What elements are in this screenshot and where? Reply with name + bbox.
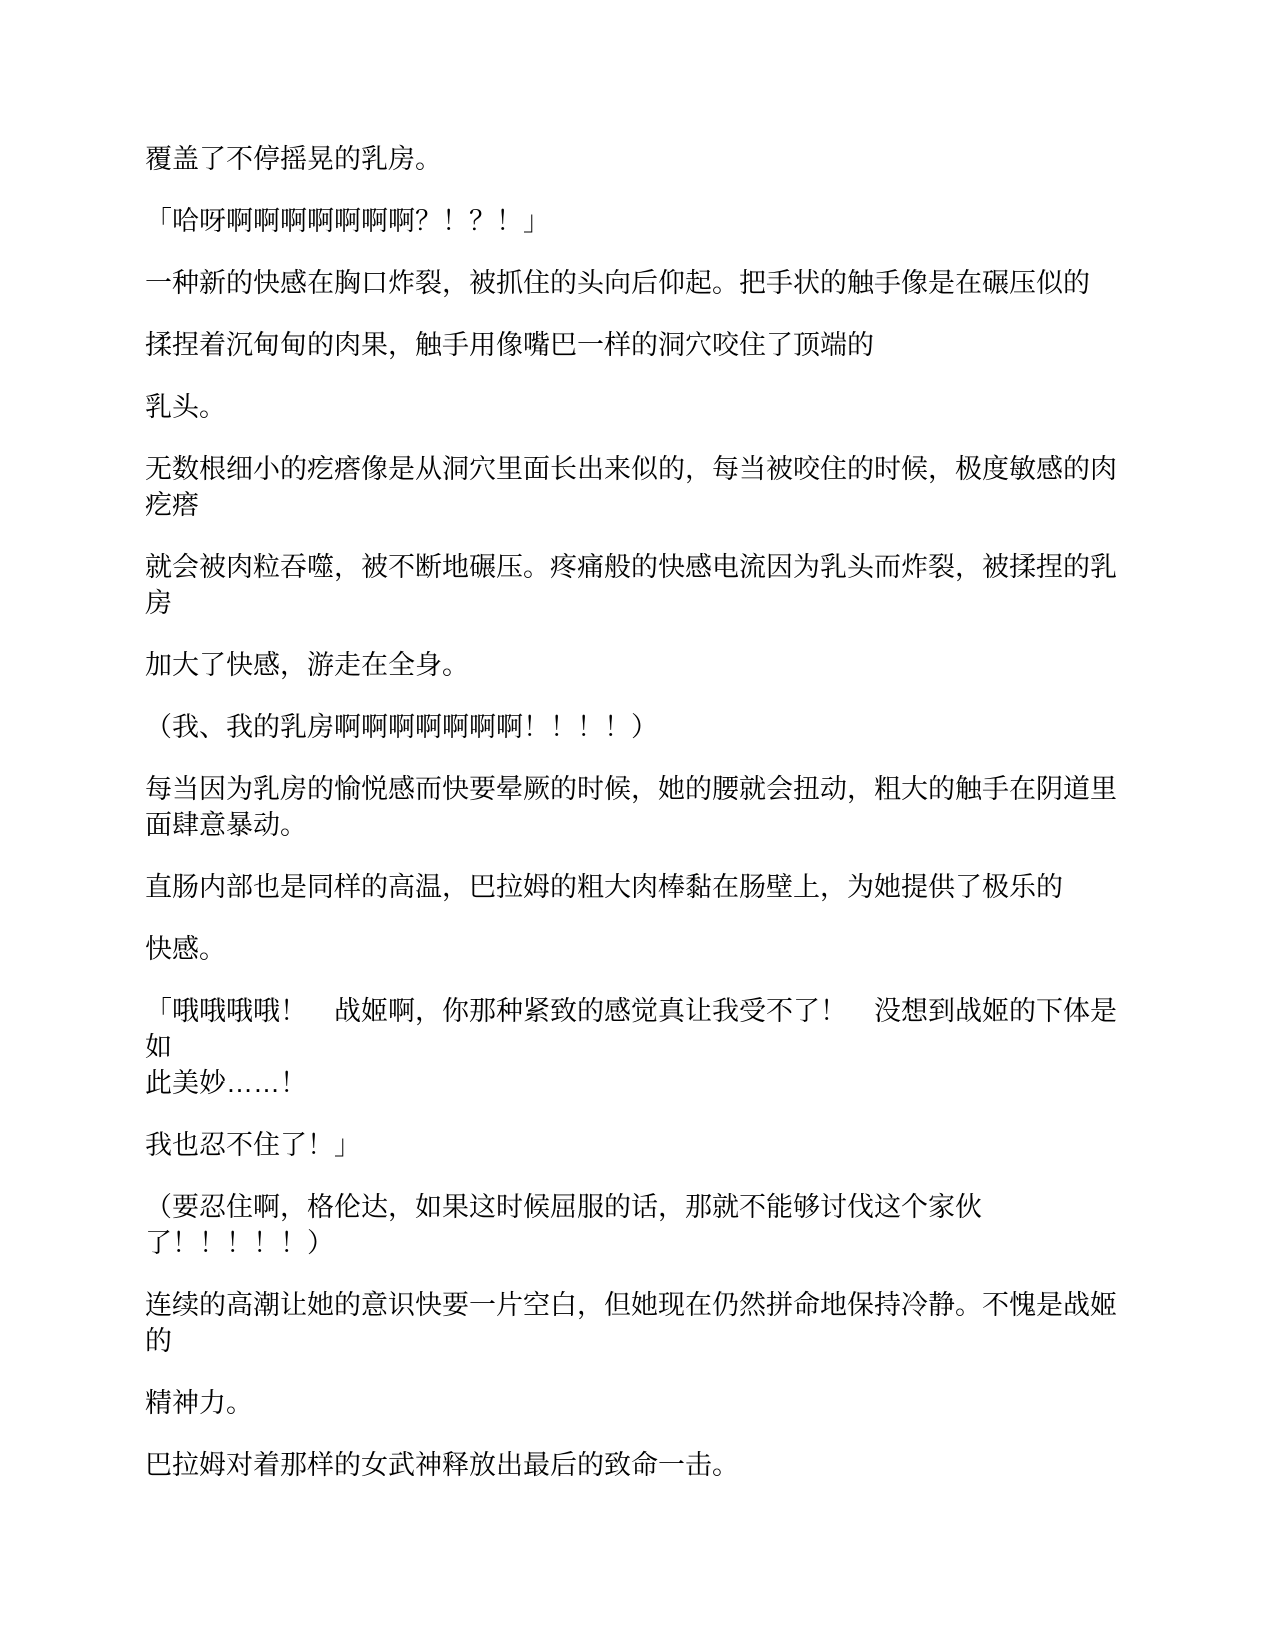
paragraph: （要忍住啊，格伦达，如果这时候屈服的话，那就不能够讨伐这个家伙 了！！！！！） (145, 1189, 1135, 1261)
text-line: 加大了快感，游走在全身。 (145, 647, 1135, 683)
text-line: 无数根细小的疙瘩像是从洞穴里面长出来似的，每当被咬住的时候，极度敏感的肉 (145, 451, 1135, 487)
paragraph: 每当因为乳房的愉悦感而快要晕厥的时候，她的腰就会扭动，粗大的触手在阴道里 面肆意… (145, 771, 1135, 843)
text-line: （我、我的乳房啊啊啊啊啊啊啊！！！！） (145, 709, 1135, 745)
text-line: 精神力。 (145, 1385, 1135, 1421)
text-line: 每当因为乳房的愉悦感而快要晕厥的时候，她的腰就会扭动，粗大的触手在阴道里 (145, 771, 1135, 807)
paragraph: 乳头。 (145, 389, 1135, 425)
text-line: 乳头。 (145, 389, 1135, 425)
paragraph: 精神力。 (145, 1385, 1135, 1421)
text-line: 「哦哦哦哦！ 战姬啊，你那种紧致的感觉真让我受不了！ 没想到战姬的下体是如 (145, 993, 1135, 1065)
text-line: 巴拉姆对着那样的女武神释放出最后的致命一击。 (145, 1447, 1135, 1483)
text-line: 房 (145, 585, 1135, 621)
text-line: 面肆意暴动。 (145, 807, 1135, 843)
paragraph: 「哈呀啊啊啊啊啊啊啊？！？！」 (145, 203, 1135, 239)
text-line: 就会被肉粒吞噬，被不断地碾压。疼痛般的快感电流因为乳头而炸裂，被揉捏的乳 (145, 549, 1135, 585)
text-line: 连续的高潮让她的意识快要一片空白，但她现在仍然拼命地保持冷静。不愧是战姬 (145, 1287, 1135, 1323)
paragraph: 加大了快感，游走在全身。 (145, 647, 1135, 683)
text-line: 覆盖了不停摇晃的乳房。 (145, 141, 1135, 177)
paragraph: 直肠内部也是同样的高温，巴拉姆的粗大肉棒黏在肠壁上，为她提供了极乐的 (145, 869, 1135, 905)
text-line: 一种新的快感在胸口炸裂，被抓住的头向后仰起。把手状的触手像是在碾压似的 (145, 265, 1135, 301)
paragraph: 就会被肉粒吞噬，被不断地碾压。疼痛般的快感电流因为乳头而炸裂，被揉捏的乳 房 (145, 549, 1135, 621)
text-line: 揉捏着沉甸甸的肉果，触手用像嘴巴一样的洞穴咬住了顶端的 (145, 327, 1135, 363)
paragraph: （我、我的乳房啊啊啊啊啊啊啊！！！！） (145, 709, 1135, 745)
text-line: 此美妙……！ (145, 1065, 1135, 1101)
paragraph: 快感。 (145, 931, 1135, 967)
text-line: 直肠内部也是同样的高温，巴拉姆的粗大肉棒黏在肠壁上，为她提供了极乐的 (145, 869, 1135, 905)
text-line: 「哈呀啊啊啊啊啊啊啊？！？！」 (145, 203, 1135, 239)
paragraph: 一种新的快感在胸口炸裂，被抓住的头向后仰起。把手状的触手像是在碾压似的 (145, 265, 1135, 301)
document-page: 覆盖了不停摇晃的乳房。 「哈呀啊啊啊啊啊啊啊？！？！」 一种新的快感在胸口炸裂，… (0, 0, 1275, 1650)
text-line: 快感。 (145, 931, 1135, 967)
text-line: （要忍住啊，格伦达，如果这时候屈服的话，那就不能够讨伐这个家伙 (145, 1189, 1135, 1225)
paragraph: 巴拉姆对着那样的女武神释放出最后的致命一击。 (145, 1447, 1135, 1483)
paragraph: 我也忍不住了！」 (145, 1127, 1135, 1163)
paragraph: 「哦哦哦哦！ 战姬啊，你那种紧致的感觉真让我受不了！ 没想到战姬的下体是如 此美… (145, 993, 1135, 1101)
text-content: 覆盖了不停摇晃的乳房。 「哈呀啊啊啊啊啊啊啊？！？！」 一种新的快感在胸口炸裂，… (145, 141, 1135, 1509)
text-line: 了！！！！！） (145, 1225, 1135, 1261)
paragraph: 连续的高潮让她的意识快要一片空白，但她现在仍然拼命地保持冷静。不愧是战姬 的 (145, 1287, 1135, 1359)
text-line: 的 (145, 1323, 1135, 1359)
text-line: 疙瘩 (145, 487, 1135, 523)
paragraph: 无数根细小的疙瘩像是从洞穴里面长出来似的，每当被咬住的时候，极度敏感的肉 疙瘩 (145, 451, 1135, 523)
paragraph: 覆盖了不停摇晃的乳房。 (145, 141, 1135, 177)
text-line: 我也忍不住了！」 (145, 1127, 1135, 1163)
paragraph: 揉捏着沉甸甸的肉果，触手用像嘴巴一样的洞穴咬住了顶端的 (145, 327, 1135, 363)
